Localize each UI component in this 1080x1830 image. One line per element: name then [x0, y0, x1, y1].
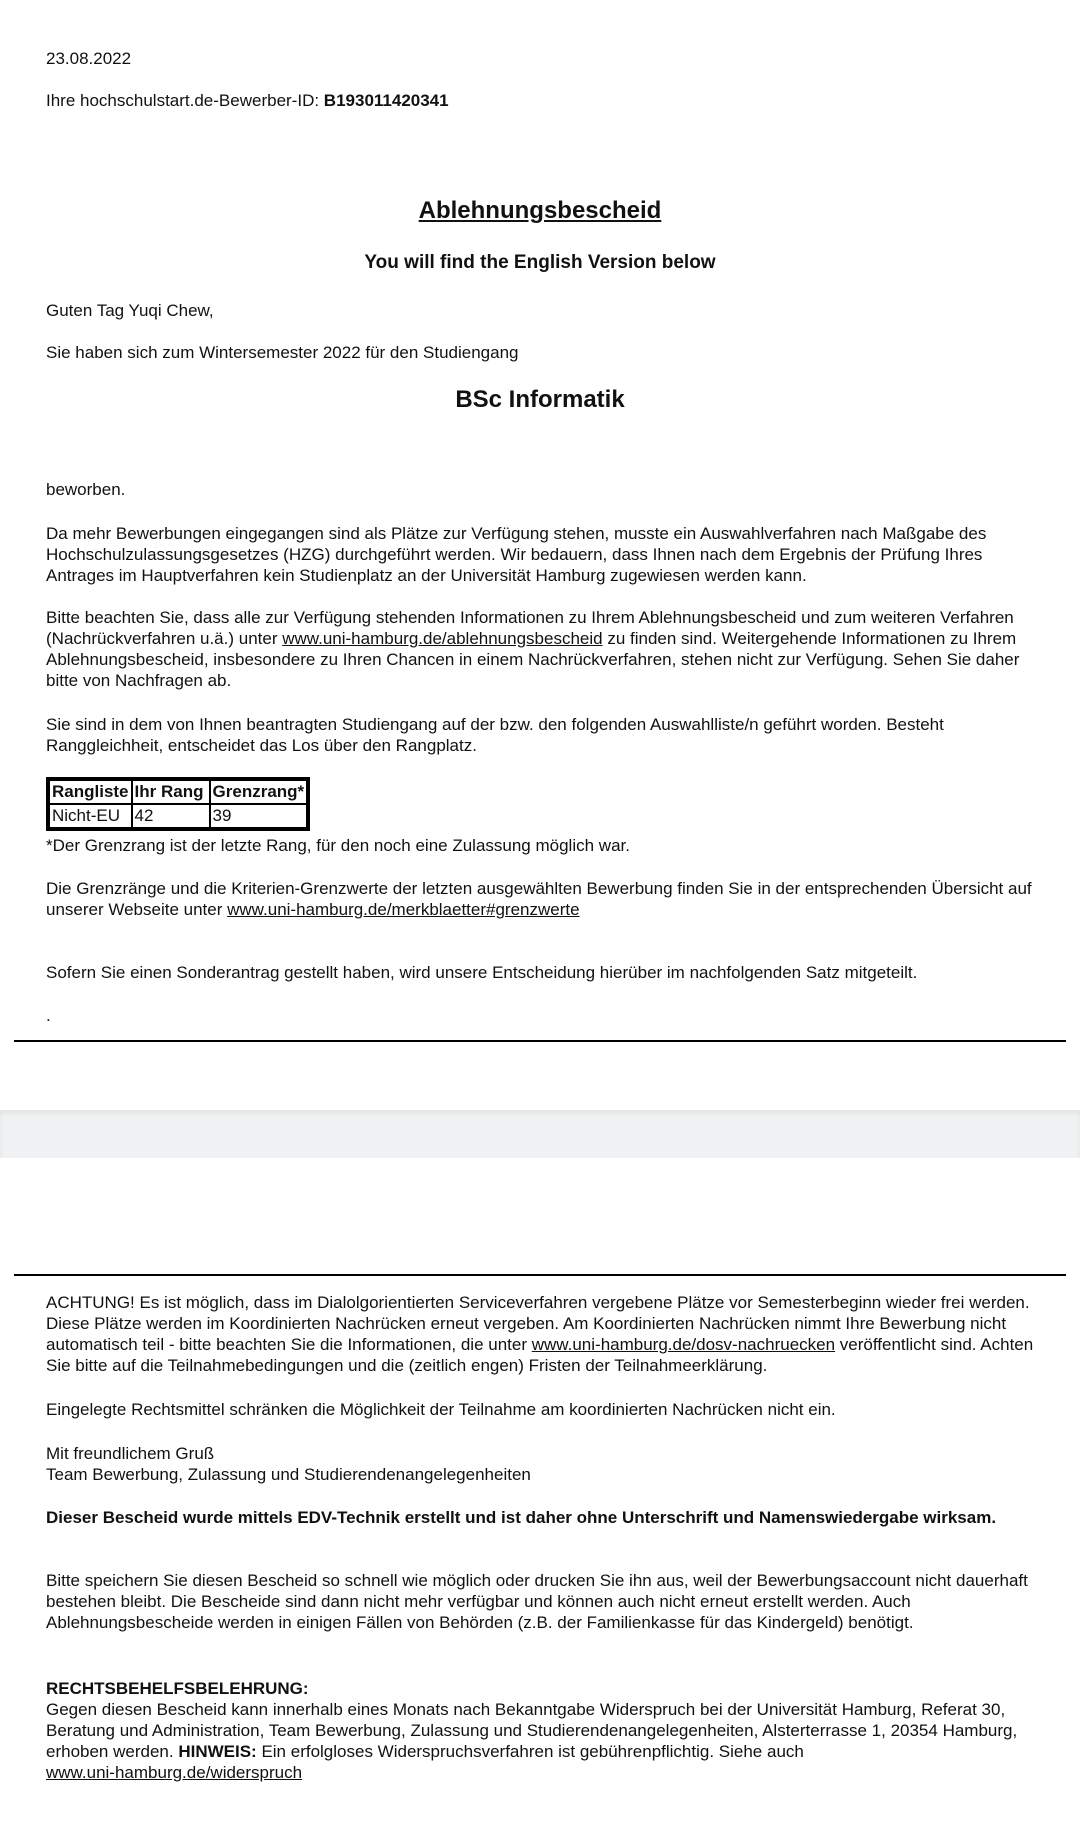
page-top-rule — [14, 1274, 1066, 1276]
page-break-gap — [0, 1110, 1080, 1158]
cell-grenzrang: 39 — [210, 804, 309, 829]
applicant-id-line: Ihre hochschulstart.de-Bewerber-ID: B193… — [46, 90, 449, 111]
grenzwerte-link[interactable]: www.uni-hamburg.de/merkblaetter#grenzwer… — [227, 900, 579, 919]
placeholder-dot: . — [46, 1005, 51, 1026]
applicant-id: B193011420341 — [324, 91, 449, 110]
rechtsmittel-paragraph: Eingelegte Rechtsmittel schränken die Mö… — [46, 1399, 1046, 1420]
edv-notice: Dieser Bescheid wurde mittels EDV-Techni… — [46, 1507, 1046, 1528]
col-grenzrang: Grenzrang* — [210, 779, 309, 804]
greeting: Guten Tag Yuqi Chew, — [46, 300, 214, 321]
legal-heading: RECHTSBEHELFSBELEHRUNG: — [46, 1678, 309, 1699]
intro-text: Sie haben sich zum Wintersemester 2022 f… — [46, 342, 519, 363]
document-title: Ablehnungsbescheid — [419, 197, 662, 224]
achtung-paragraph: ACHTUNG! Es ist möglich, dass im Dialolg… — [46, 1292, 1046, 1376]
grenzwerte-paragraph: Die Grenzränge und die Kriterien-Grenzwe… — [46, 878, 1046, 920]
rank-table-wrap: Rangliste Ihr Rang Grenzrang* Nicht-EU 4… — [46, 777, 310, 831]
english-version-note: You will find the English Version below — [0, 252, 1080, 273]
cell-ihr-rang: 42 — [132, 804, 210, 829]
ablehnungsbescheid-link[interactable]: www.uni-hamburg.de/ablehnungsbescheid — [282, 629, 602, 648]
cell-rangliste: Nicht-EU — [48, 804, 132, 829]
hinweis-label: HINWEIS: — [178, 1742, 256, 1761]
rank-table: Rangliste Ihr Rang Grenzrang* Nicht-EU 4… — [46, 777, 310, 831]
widerspruch-link[interactable]: www.uni-hamburg.de/widerspruch — [46, 1763, 302, 1782]
col-rangliste: Rangliste — [48, 779, 132, 804]
selection-paragraph: Da mehr Bewerbungen eingegangen sind als… — [46, 523, 1046, 586]
save-notice: Bitte speichern Sie diesen Bescheid so s… — [46, 1570, 1046, 1633]
sonderantrag-paragraph: Sofern Sie einen Sonderantrag gestellt h… — [46, 962, 917, 983]
closing-salutation: Mit freundlichem Gruß — [46, 1443, 214, 1464]
ranking-paragraph: Sie sind in dem von Ihnen beantragten St… — [46, 714, 1046, 756]
rank-table-header: Rangliste Ihr Rang Grenzrang* — [48, 779, 308, 804]
info-paragraph: Bitte beachten Sie, dass alle zur Verfüg… — [46, 607, 1046, 691]
document-title-wrap: Ablehnungsbescheid — [0, 196, 1080, 226]
dosv-nachruecken-link[interactable]: www.uni-hamburg.de/dosv-nachruecken — [532, 1335, 835, 1354]
applicant-id-label: Ihre hochschulstart.de-Bewerber-ID: — [46, 91, 324, 110]
col-ihr-rang: Ihr Rang — [132, 779, 210, 804]
applied-text: beworben. — [46, 479, 125, 500]
program-name: BSc Informatik — [0, 385, 1080, 415]
table-row: Nicht-EU 42 39 — [48, 804, 308, 829]
closing-team: Team Bewerbung, Zulassung und Studierend… — [46, 1464, 531, 1485]
legal-text: Gegen diesen Bescheid kann innerhalb ein… — [46, 1699, 1046, 1783]
grenzrang-footnote: *Der Grenzrang ist der letzte Rang, für … — [46, 835, 630, 856]
page-bottom-rule — [14, 1040, 1066, 1042]
letter-date: 23.08.2022 — [46, 48, 131, 69]
